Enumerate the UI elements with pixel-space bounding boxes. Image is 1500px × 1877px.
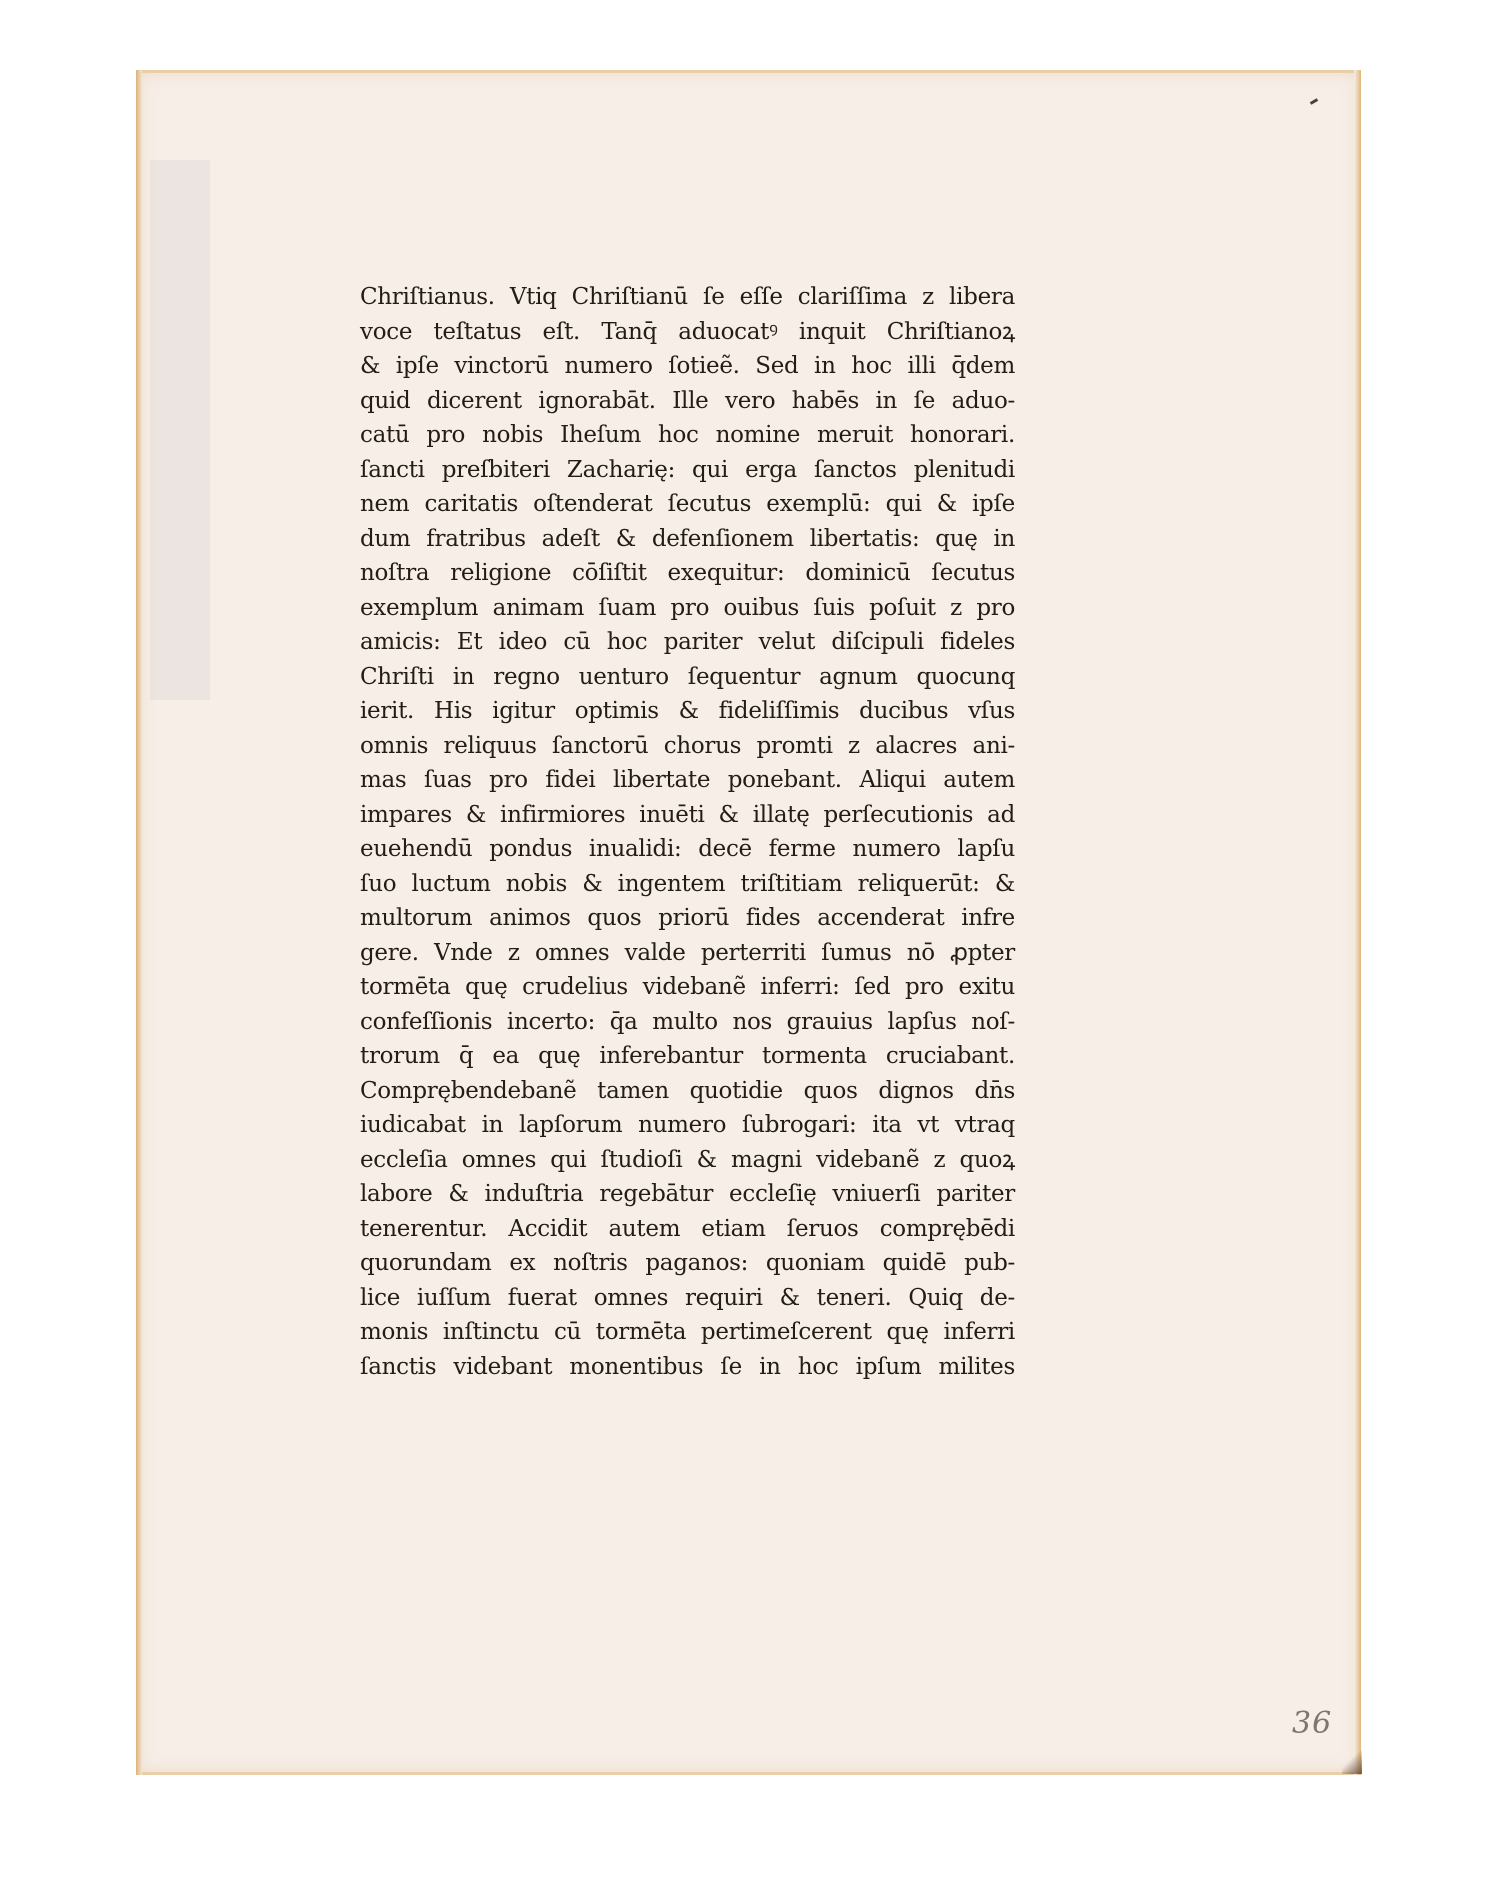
text-line: tenerentur. Accidit autem etiam ſeruos c… [360,1212,1015,1247]
text-line: monis inſtinctu cū tormēta pertimeſceren… [360,1315,1015,1350]
text-line: Comprębendebanẽ tamen quotidie quos dign… [360,1074,1015,1109]
text-line: iudicabat in lapſorum numero ſubrogari: … [360,1108,1015,1143]
text-line: voce teſtatus eſt. Tanq̄ aduocatꝰ inquit… [360,315,1015,350]
text-line: & ipſe vinctorū numero ſotieẽ. Sed in ho… [360,349,1015,384]
folio-number: 36 [1292,1706,1332,1741]
text-line: lice iuſſum fuerat omnes requiri & tener… [360,1281,1015,1316]
text-line: dum fratribus adeſt & defenſionem libert… [360,522,1015,557]
text-line: mas ſuas pro fidei libertate ponebant. A… [360,763,1015,798]
text-block: Chriſtianus. Vtiq Chriſtianū ſe eſſe cla… [360,280,1015,1384]
text-line: euehendū pondus inualidi: decē ferme num… [360,832,1015,867]
text-line: amicis: Et ideo cū hoc pariter velut diſ… [360,625,1015,660]
text-line: gere. Vnde z omnes valde perterriti ſumu… [360,936,1015,971]
text-line: quid dicerent ignorabāt. Ille vero habēs… [360,384,1015,419]
text-line: noſtra religione cōſiſtit exequitur: dom… [360,556,1015,591]
show-through-shadow [150,160,210,700]
text-line: ſuo luctum nobis & ingentem triſtitiam r… [360,867,1015,902]
text-line: impares & infirmiores inuēti & illatę pe… [360,798,1015,833]
text-line: Chriſti in regno uenturo ſequentur agnum… [360,660,1015,695]
text-line: quorundam ex noſtris paganos: quoniam qu… [360,1246,1015,1281]
text-line: exemplum animam ſuam pro ouibus ſuis poſ… [360,591,1015,626]
text-line: confeſſionis incerto: q̄a multo nos grau… [360,1005,1015,1040]
text-line: Chriſtianus. Vtiq Chriſtianū ſe eſſe cla… [360,280,1015,315]
text-line: nem caritatis oſtenderat ſecutus exemplū… [360,487,1015,522]
text-line: catū pro nobis Iheſum hoc nomine meruit … [360,418,1015,453]
text-line: omnis reliquus ſanctorū chorus promti z … [360,729,1015,764]
text-line: ſancti preſbiteri Zacharię: qui erga ſan… [360,453,1015,488]
text-line: ſanctis videbant monentibus ſe in hoc ip… [360,1350,1015,1385]
text-line: trorum q̄ ea quę inferebantur tormenta c… [360,1039,1015,1074]
worn-corner [1342,1750,1362,1774]
text-line: multorum animos quos priorū fides accend… [360,901,1015,936]
text-line: eccleſia omnes qui ſtudioſi & magni vide… [360,1143,1015,1178]
text-line: tormēta quę crudelius videbanẽ inferri: … [360,970,1015,1005]
text-line: ierit. His igitur optimis & fideliſſimis… [360,694,1015,729]
text-line: labore & induſtria regebātur eccleſię vn… [360,1177,1015,1212]
